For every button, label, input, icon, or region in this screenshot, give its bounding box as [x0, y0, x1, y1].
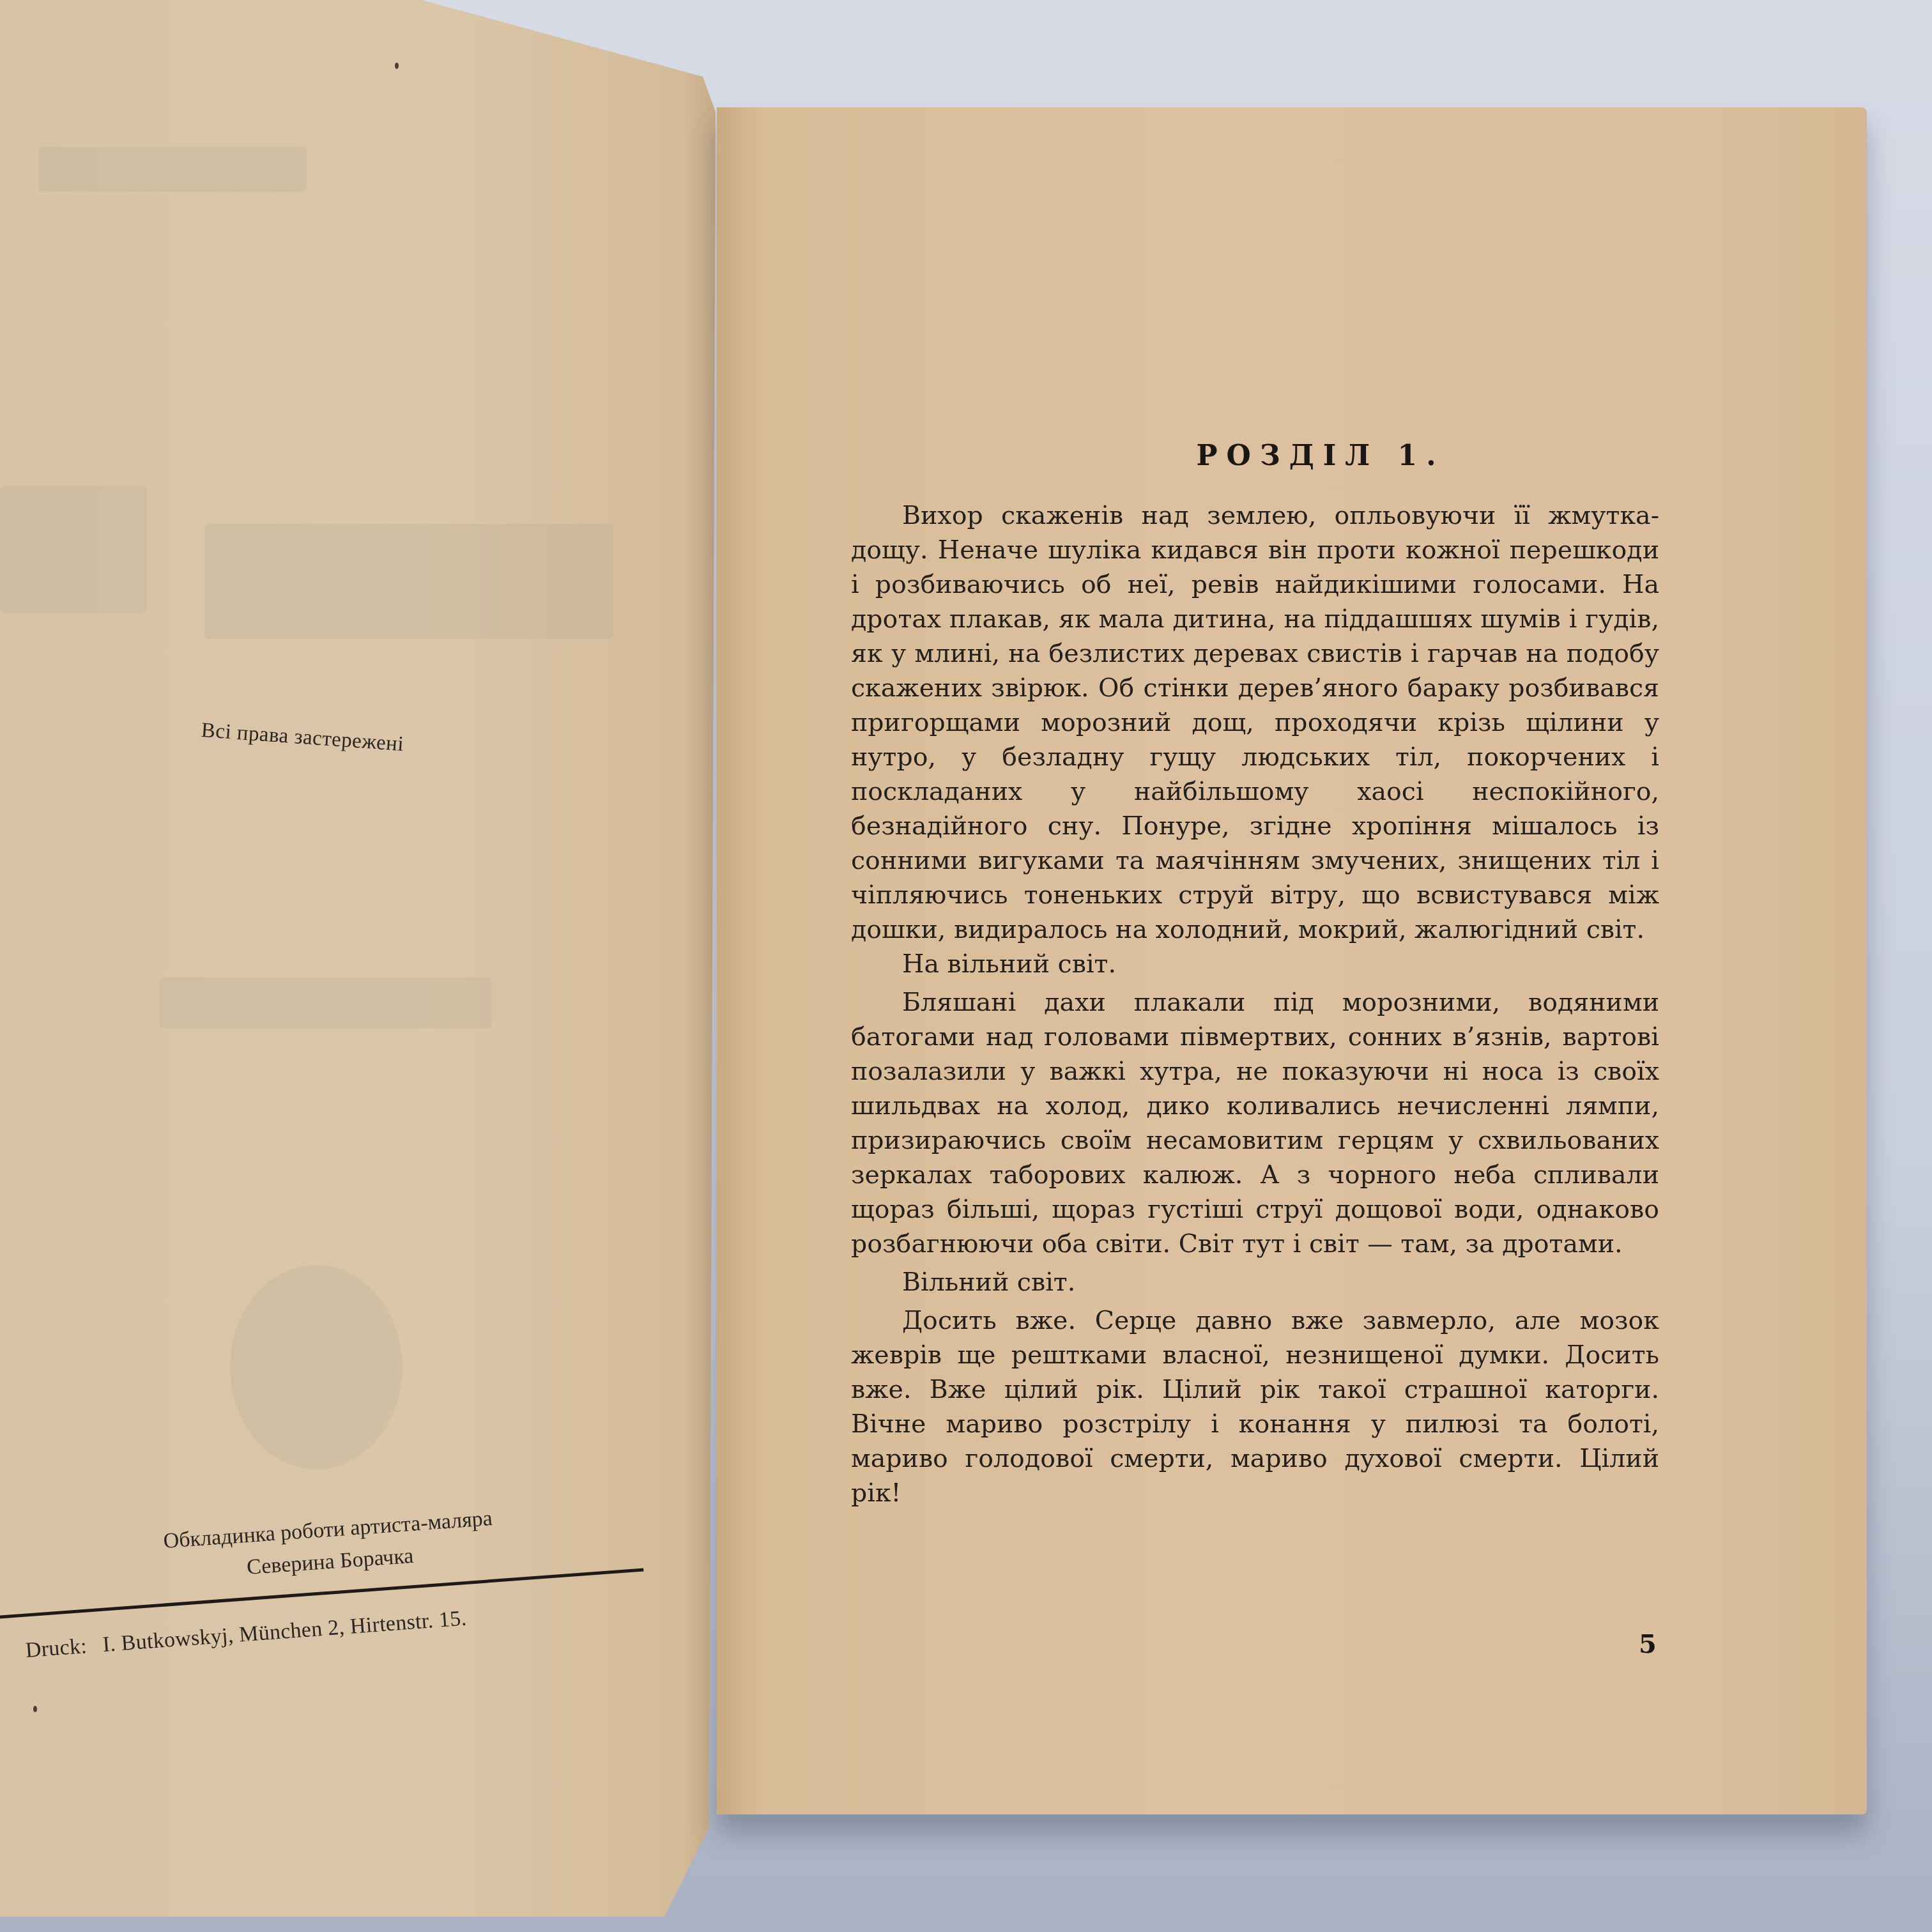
chapter-body: Вихор скаженів над землею, опльовуючи її… — [851, 498, 1659, 1510]
paragraph: Вихор скаженів над землею, опльовуючи її… — [851, 498, 1659, 947]
bleed-through-shape — [230, 1265, 402, 1469]
printer-label: Druck: — [25, 1634, 88, 1662]
rights-notice: Всі права застережені — [201, 719, 405, 756]
paper-speck — [395, 63, 399, 69]
paragraph: Вільний світ. — [851, 1265, 1659, 1299]
paragraph: Бляшані дахи плакали під морозними, водя… — [851, 985, 1659, 1261]
chapter-title: РОЗДІЛ 1. — [717, 440, 1867, 472]
paragraph: Досить вже. Серце давно вже завмерло, ал… — [851, 1303, 1659, 1510]
paragraph: На вільний світ. — [851, 947, 1659, 981]
page-number: 5 — [1639, 1629, 1657, 1659]
bleed-through-shape — [0, 486, 147, 613]
bleed-through-shape — [204, 524, 613, 639]
printer-imprint: Druck: I. Butkowskyj, München 2, Hirtens… — [25, 1606, 468, 1663]
right-page: РОЗДІЛ 1. Вихор скаженів над землею, опл… — [717, 107, 1867, 1814]
paper-speck — [33, 1706, 37, 1712]
bleed-through-shape — [38, 147, 307, 192]
printer-details: I. Butkowskyj, München 2, Hirtenstr. 15. — [102, 1606, 467, 1657]
bleed-through-shape — [160, 977, 492, 1029]
left-page: Всі права застережені Обкладинка роботи … — [0, 0, 716, 1917]
open-book: Всі права застережені Обкладинка роботи … — [0, 0, 1932, 1932]
